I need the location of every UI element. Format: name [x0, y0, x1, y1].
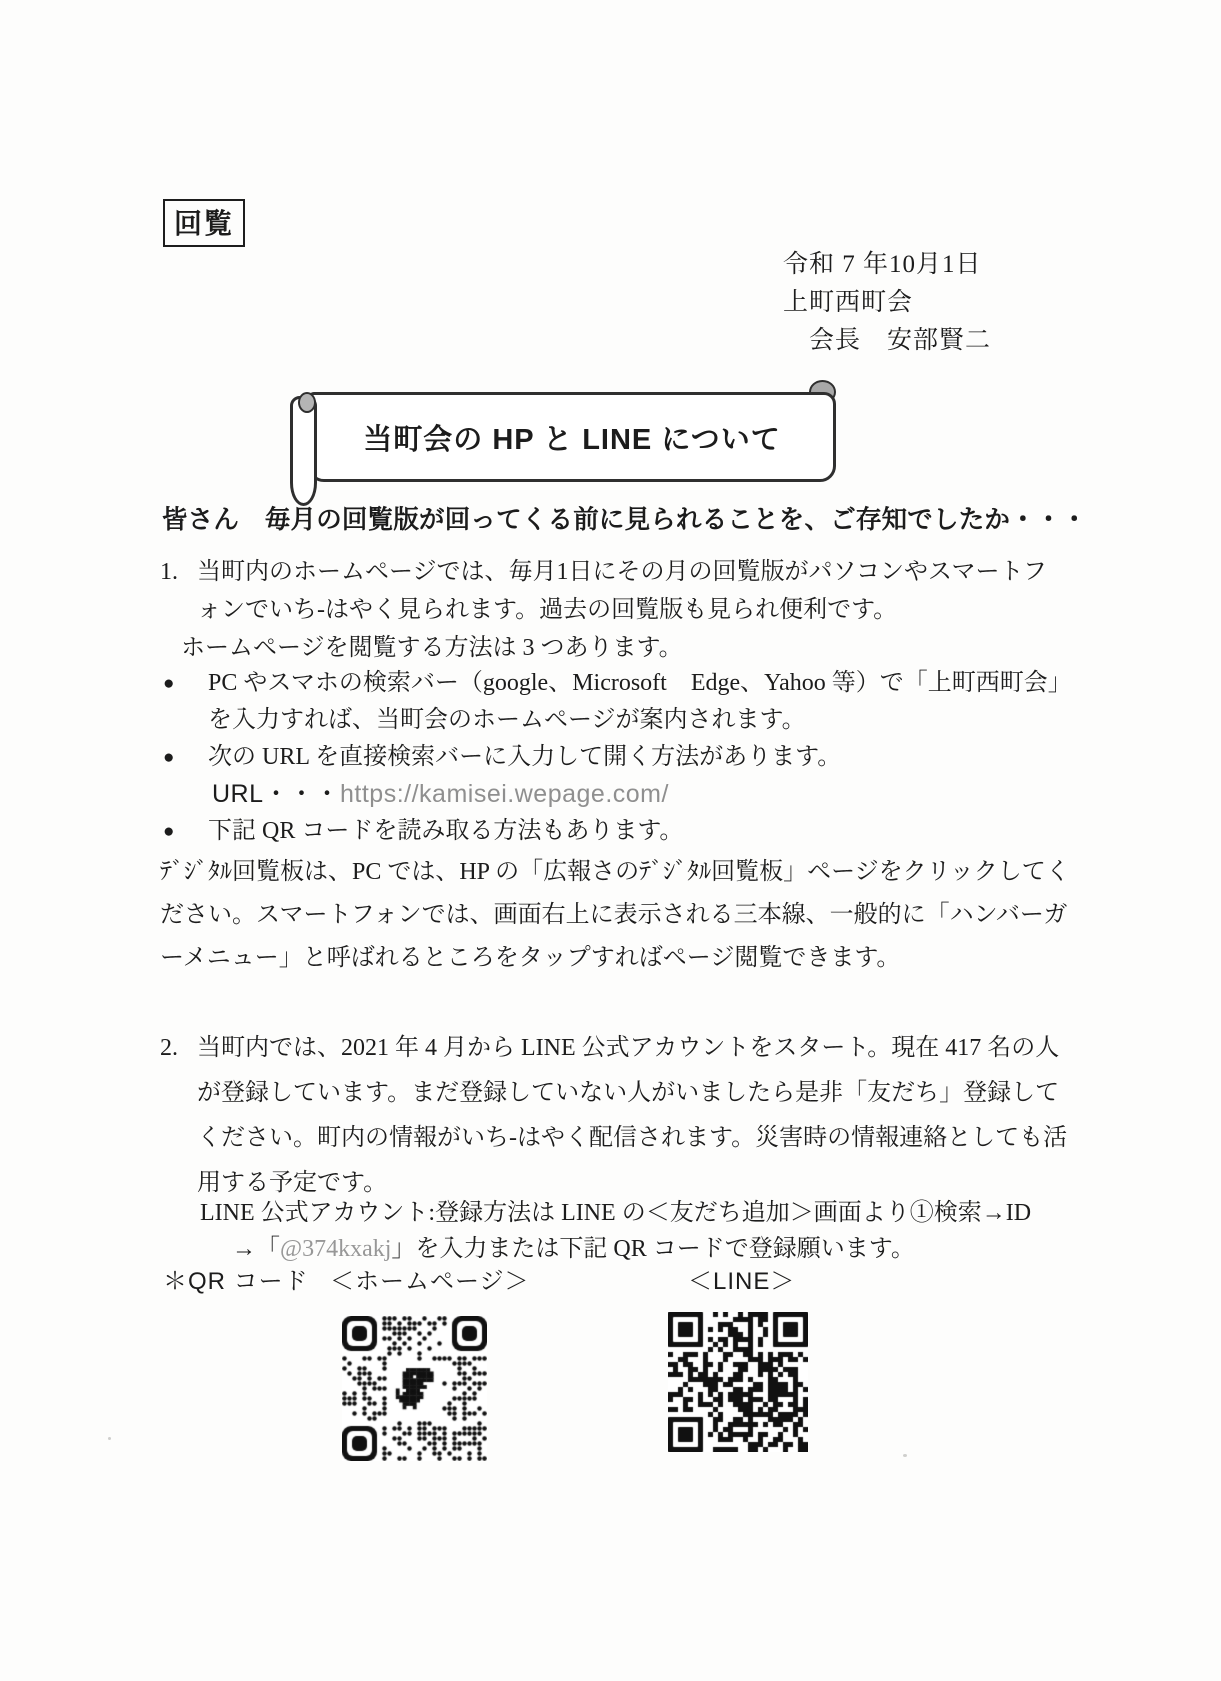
line-id-suffix: 」を入力または下記 QR コードで登録願います。: [391, 1236, 914, 1262]
homepage-url-line: URL・・・https://kamisei.wepage.com/: [212, 776, 1072, 813]
line-qr-label: ＜LINE＞: [688, 1261, 795, 1296]
homepage-url: https://kamisei.wepage.com/: [340, 780, 669, 808]
line-qr-code-icon: [668, 1312, 808, 1452]
issue-date: 令和 7 年10月1日: [783, 246, 991, 284]
circulation-stamp: 回覧: [163, 199, 245, 247]
association-name: 上町西町会: [783, 284, 991, 322]
qr-row-label: ＊QR コード: [163, 1261, 309, 1296]
section-1-body: 当町内のホームページでは、毎月1日にその月の回覧版がパソコンやスマートフォンでい…: [197, 553, 1069, 629]
section-2-line: 2. 当町内では、2021 年 4 月から LINE 公式アカウントをスタート。…: [160, 1026, 1076, 1206]
line-register-line-1: LINE 公式アカウント:登録方法は LINE の＜友だち追加＞画面より①検索→…: [160, 1195, 1076, 1231]
digital-board-paragraph: ﾃﾞｼﾞﾀﾙ回覧板は、PC では、HP の「広報さのﾃﾞｼﾞﾀﾙ回覧板」ページを…: [160, 851, 1076, 980]
url-label: URL・・・: [212, 780, 340, 808]
homepage-methods-list: ● PC やスマホの検索バー（google、Microsoft Edge、Yah…: [160, 665, 1072, 850]
homepage-qr-label: ＜ホームページ＞: [330, 1261, 530, 1296]
header-date-block: 令和 7 年10月1日 上町西町会 会長 安部賢二: [783, 246, 991, 360]
method-qr-text: 下記 QR コードを読み取る方法もあります。: [208, 813, 1068, 850]
section-1-number: 1.: [160, 553, 197, 629]
circulation-stamp-label: 回覧: [174, 208, 234, 239]
scan-speck: [903, 1454, 907, 1457]
bullet-icon: ●: [160, 739, 208, 776]
list-item: ● PC やスマホの検索バー（google、Microsoft Edge、Yah…: [160, 665, 1072, 739]
title-scroll-banner: 当町会の HP と LINE について: [290, 378, 842, 510]
method-url-text: 次の URL を直接検索バーに入力して開く方法があります。: [208, 739, 1068, 776]
banner-panel: 当町会の HP と LINE について: [308, 392, 836, 482]
line-account-id: @374kxakj: [280, 1236, 391, 1262]
scanned-circular-page: 回覧 令和 7 年10月1日 上町西町会 会長 安部賢二 当町会の HP と L…: [0, 0, 1221, 1681]
list-item: ● 下記 QR コードを読み取る方法もあります。: [160, 813, 1072, 850]
bullet-icon: ●: [160, 665, 208, 739]
scroll-curl-left-icon: [298, 392, 316, 413]
president-name: 会長 安部賢二: [783, 322, 991, 360]
document-title: 当町会の HP と LINE について: [363, 417, 780, 458]
homepage-qr-dino-icon: [342, 1316, 487, 1461]
bullet-icon: ●: [160, 813, 208, 850]
section-2-body: 当町内では、2021 年 4 月から LINE 公式アカウントをスタート。現在 …: [197, 1026, 1073, 1206]
section-2-number: 2.: [160, 1026, 197, 1206]
line-account-instructions: LINE 公式アカウント:登録方法は LINE の＜友だち追加＞画面より①検索→…: [160, 1195, 1076, 1267]
line-id-prefix: →「: [232, 1236, 280, 1262]
section-1-homepage: 1. 当町内のホームページでは、毎月1日にその月の回覧版がパソコンやスマートフォ…: [160, 553, 1072, 667]
method-search-text: PC やスマホの検索バー（google、Microsoft Edge、Yahoo…: [208, 665, 1068, 739]
scan-speck: [108, 1437, 111, 1440]
list-item: 次の URL を直接検索バーに入力して開く方法があります。 ● 次の URL を…: [160, 739, 1072, 776]
methods-count-line: ホームページを閲覧する方法は 3 つあります。: [181, 629, 1072, 667]
